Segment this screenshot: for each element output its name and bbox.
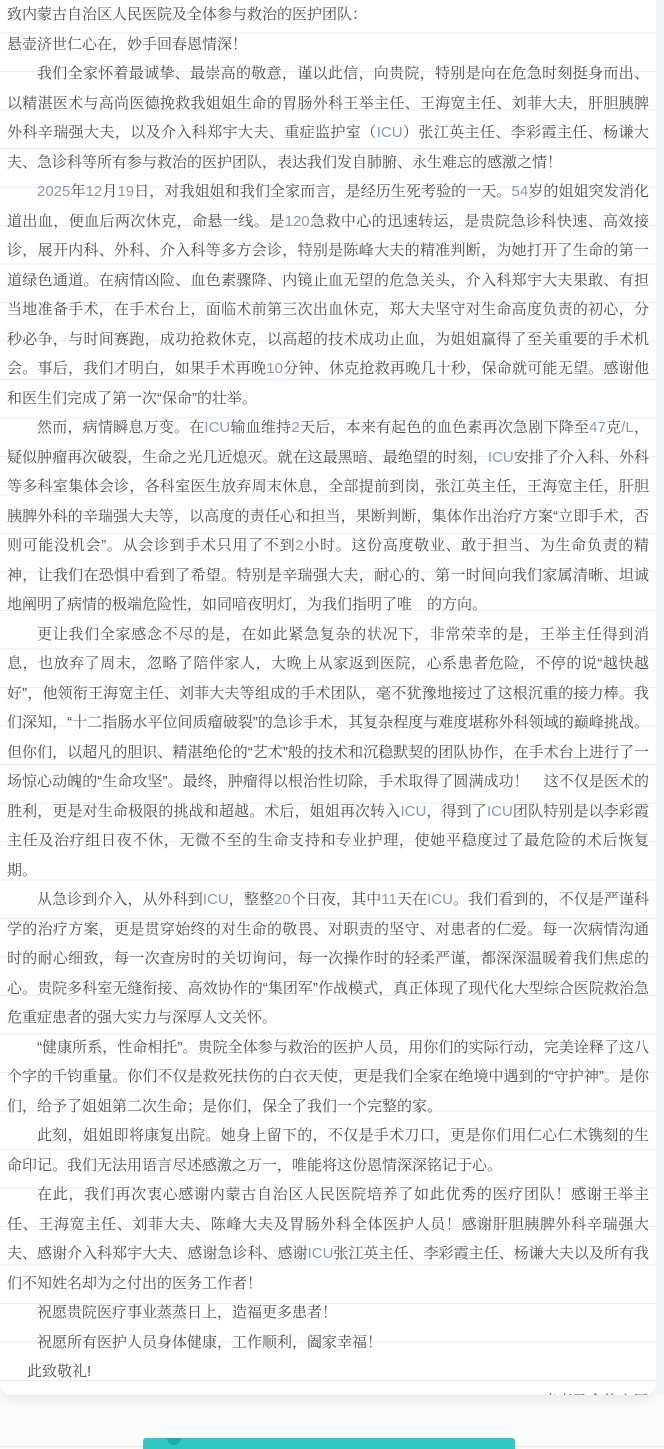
letter-paragraph: “健康所系，性命相托”。贵院全体参与救治的医护人员，用你们的实际行动，完美诠释了… (7, 1033, 649, 1122)
letter-paragraph: 从急诊到介入，从外科到ICU，整整20个日夜，其中11天在ICU。我们看到的，不… (7, 885, 649, 1033)
letter-paragraph: 更让我们全家感念不尽的是，在如此紧急复杂的状况下，非常荣幸的是，王举主任得到消息… (7, 620, 649, 886)
letter-paragraph: 在此，我们再次衷心感谢内蒙古自治区人民医院培养了如此优秀的医疗团队！感谢王举主任… (7, 1180, 649, 1298)
letter-paragraph: 然而，病情瞬息万变。在ICU输血维持2天后，本来有起色的血色素再次急剧下降至47… (7, 413, 649, 620)
letter-paragraph: 祝愿贵院医疗事业蒸蒸日上，造福更多患者！ (7, 1298, 649, 1328)
letter-paragraph: 我们全家怀着最诚挚、最崇高的敬意，谨以此信，向贵院，特别是向在危急时刻挺身而出、… (7, 59, 649, 177)
letter-card: 致内蒙古自治区人民医院及全体参与救治的医护团队： 悬壶济世仁心在，妙手回春恩情深… (0, 0, 656, 1395)
letter-paragraphs: 我们全家怀着最诚挚、最崇高的敬意，谨以此信，向贵院，特别是向在危急时刻挺身而出、… (7, 59, 649, 1357)
salutation-line: 致内蒙古自治区人民医院及全体参与救治的医护团队： (7, 0, 649, 30)
footer-accent-bar[interactable] (143, 1438, 515, 1449)
footer-bar-icon (167, 1438, 181, 1445)
letter-paragraph: 此刻，姐姐即将康复出院。她身上留下的，不仅是手术刀口，更是你们用仁心仁术镌刻的生… (7, 1121, 649, 1180)
closing-line: 此致敬礼! (7, 1357, 649, 1387)
letter-content: 致内蒙古自治区人民医院及全体参与救治的医护团队： 悬壶济世仁心在，妙手回春恩情深… (0, 0, 656, 1395)
opening-line: 悬壶济世仁心在，妙手回春恩情深！ (7, 30, 649, 60)
page-right-gutter (656, 0, 664, 1395)
letter-paragraph: 2025年12月19日，对我姐姐和我们全家而言，是经历生死考验的一天。54岁的姐… (7, 177, 649, 413)
letter-paragraph: 祝愿所有医护人员身体健康，工作顺利，阖家幸福！ (7, 1328, 649, 1358)
signature-line: 患者及全体家属 (7, 1387, 649, 1396)
